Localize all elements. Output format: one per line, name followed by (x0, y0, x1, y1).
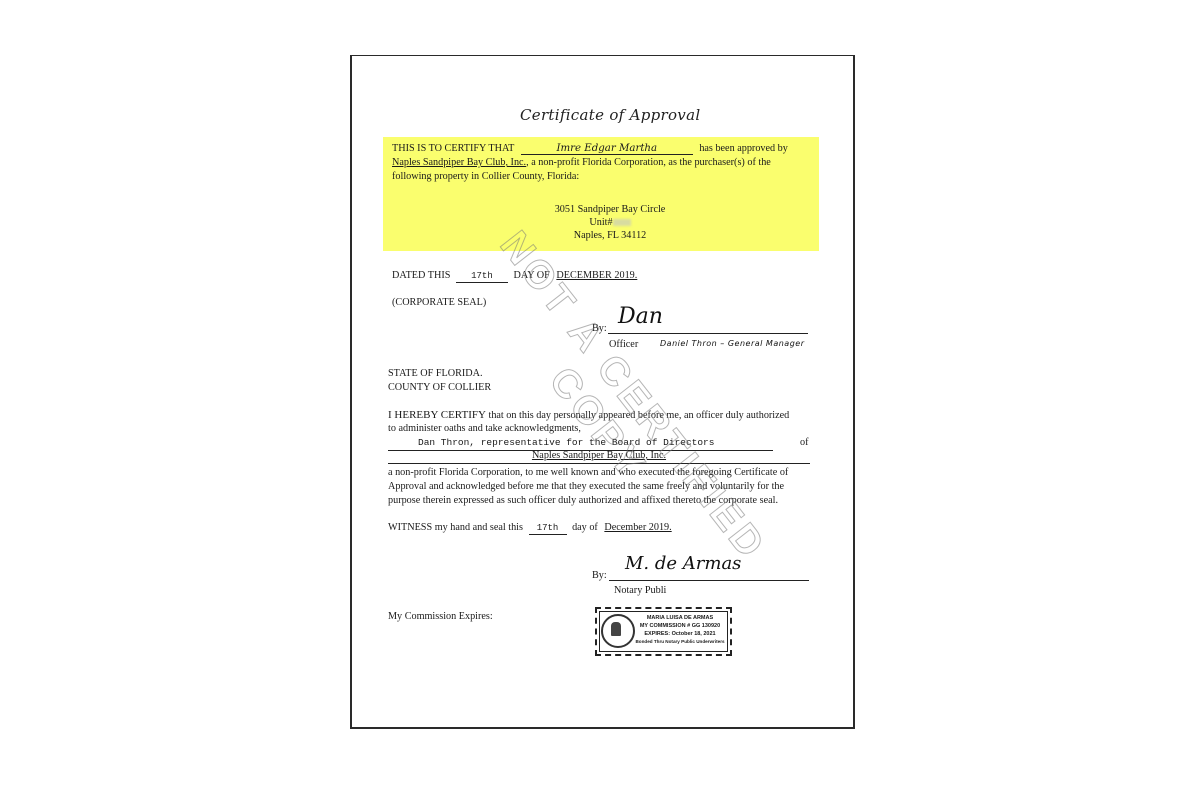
commission-expires-label: My Commission Expires: (388, 610, 493, 624)
corporate-seal-label: (CORPORATE SEAL) (392, 296, 486, 310)
witness-day: 17th (529, 523, 567, 535)
witness-day-of-label: day of (572, 522, 598, 533)
notary-club-name: Naples Sandpiper Bay Club, Inc. (532, 450, 666, 461)
approved-by-text: has been approved by (699, 143, 788, 154)
officer-role-label: Officer (609, 338, 638, 352)
officer-by-label: By: (592, 322, 607, 336)
notary-signature: M. de Armas (625, 553, 741, 574)
witness-label: WITNESS my hand and seal this (388, 522, 523, 533)
property-city: Naples, FL 34112 (545, 229, 675, 243)
witness-line: WITNESS my hand and seal this 17th day o… (388, 521, 672, 535)
notary-para-line-3: purpose therein expressed as such office… (388, 494, 778, 508)
dated-label: DATED THIS (392, 270, 450, 281)
certify-line-2-rest: , a non-profit Florida Corporation, as t… (526, 157, 771, 168)
witness-month-year: December 2019. (604, 522, 671, 533)
dated-line: DATED THIS 17th DAY OF DECEMBER 2019. (392, 269, 637, 283)
club-name: Naples Sandpiper Bay Club, Inc. (392, 157, 526, 168)
county-label: COUNTY OF COLLIER (388, 381, 491, 395)
notary-by-label: By: (592, 569, 607, 583)
dated-day: 17th (456, 271, 508, 283)
notary-club-line: Naples Sandpiper Bay Club, Inc. (388, 449, 810, 464)
document-title: Certificate of Approval (520, 106, 700, 124)
officer-signature: Dan (618, 304, 663, 329)
unit-redacted (613, 219, 631, 226)
stamp-line-2: MY COMMISSION # GG 130920 (633, 622, 727, 630)
purchaser-name: Imre Edgar Martha (521, 143, 693, 155)
notary-stamp-text: MARIA LUISA DE ARMAS MY COMMISSION # GG … (633, 614, 727, 646)
notary-line-1-rest: that on this day personally appeared bef… (486, 410, 789, 421)
day-of-label: DAY OF (513, 270, 549, 281)
stamp-line-1: MARIA LUISA DE ARMAS (633, 614, 727, 622)
hereby-certify: I HEREBY CERTIFY (388, 409, 486, 421)
notary-para-line-1: a non-profit Florida Corporation, to me … (388, 466, 788, 480)
dated-month-year: DECEMBER 2019. (556, 270, 637, 281)
notary-role-label: Notary Publi (614, 584, 666, 598)
notary-signature-line (609, 580, 809, 581)
of-label: of (800, 436, 809, 450)
officer-signature-line (608, 333, 808, 334)
notary-seal-icon (601, 614, 635, 648)
certify-line-3: following property in Collier County, Fl… (392, 170, 579, 184)
certify-line-2: Naples Sandpiper Bay Club, Inc., a non-p… (392, 156, 771, 170)
notary-line-1: I HEREBY CERTIFY that on this day person… (388, 408, 789, 423)
certify-lead: THIS IS TO CERTIFY THAT (392, 143, 514, 154)
officer-printed-name: Daniel Thron – General Manager (660, 339, 804, 348)
property-street: 3051 Sandpiper Bay Circle (545, 203, 675, 217)
stamp-line-3: EXPIRES: October 18, 2021 (633, 630, 727, 638)
unit-label: Unit# (589, 217, 612, 228)
notary-line-2: to administer oaths and take acknowledgm… (388, 422, 581, 436)
state-label: STATE OF FLORIDA. (388, 367, 483, 381)
notary-para-line-2: Approval and acknowledged before me that… (388, 480, 784, 494)
stamp-line-4: Bonded Thru Notary Public Underwriters (633, 638, 727, 646)
notary-stamp: MARIA LUISA DE ARMAS MY COMMISSION # GG … (595, 607, 732, 656)
certify-line-1: THIS IS TO CERTIFY THAT Imre Edgar Marth… (392, 142, 812, 156)
property-unit: Unit# (545, 216, 675, 230)
